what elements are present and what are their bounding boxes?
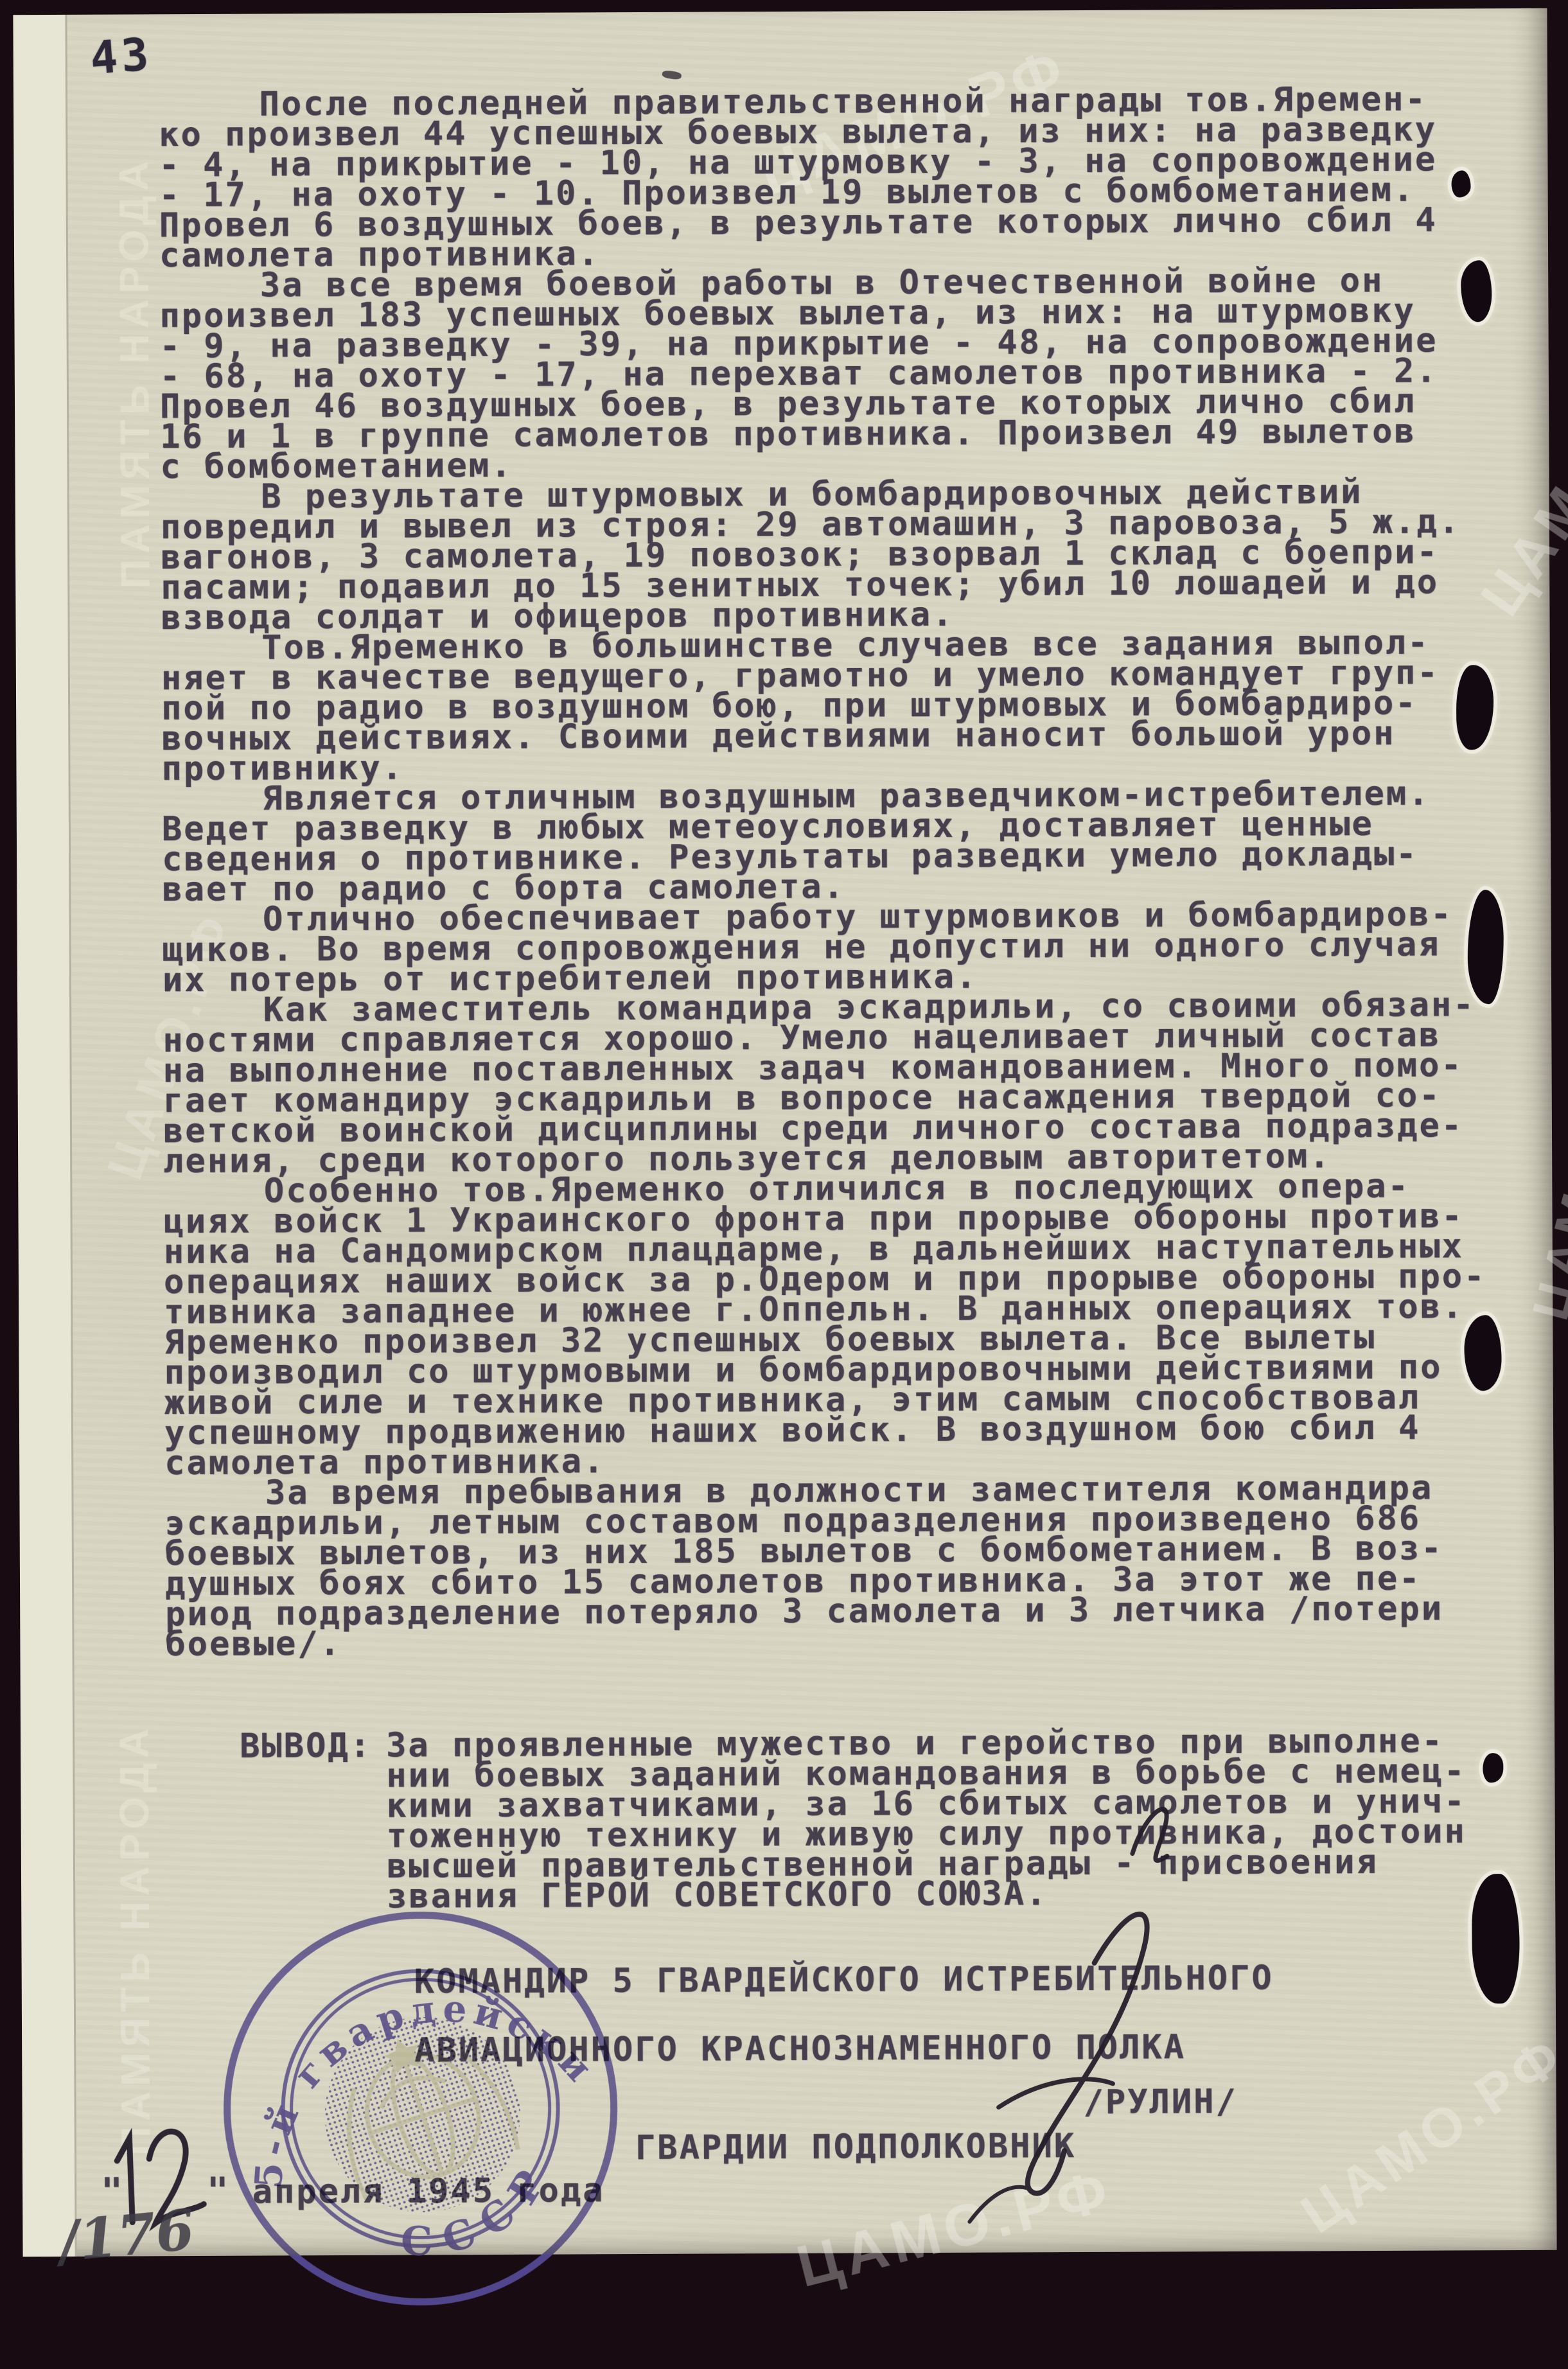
scan-background: 43 ЦАМО.РФ ПАМЯТЬ НАРОДА ЦАМО ПАМЯТЬ НАР… <box>0 0 1568 2294</box>
paragraph: Как заместитель командира эскадрильи, со… <box>163 990 1496 1177</box>
paragraph: Тов.Яременко в большинстве случаев все з… <box>161 628 1495 784</box>
paragraph: За время пребывания в должности заместит… <box>164 1473 1498 1660</box>
fold-strip <box>13 15 76 2257</box>
paragraph: После последней правительственной наград… <box>159 84 1492 271</box>
paragraph: Отлично обеспечивает работу штурмовиков … <box>162 899 1495 996</box>
archive-watermark: ЦАМО <box>1520 1139 1568 1326</box>
paragraph: Особенно тов.Яременко отличился в послед… <box>163 1171 1497 1479</box>
archive-note: /176 <box>56 2197 197 2275</box>
handwritten-signature <box>806 1771 1296 2287</box>
torn-hole <box>1467 890 1504 1004</box>
conclusion-label: ВЫВОД: <box>240 1731 372 1762</box>
torn-hole <box>1472 1874 1520 2004</box>
paragraph: За все время боевой работы в Отечественн… <box>159 265 1493 482</box>
ink-speck <box>662 70 682 80</box>
torn-hole <box>1451 170 1470 197</box>
archive-watermark: ПАМЯТЬ НАРОДА <box>110 1723 160 2156</box>
archive-watermark: ПАМЯТЬ НАРОДА <box>110 156 159 589</box>
typed-line: риод подразделение потеряло 3 самолета и… <box>165 1594 1498 1630</box>
paragraph: В результате штурмовых и бомбардировочны… <box>161 477 1494 633</box>
paragraph: Является отличным воздушным разведчиком-… <box>162 779 1495 905</box>
torn-hole <box>1483 1753 1503 1783</box>
page-number: 43 <box>89 28 154 85</box>
document-page: 43 ЦАМО.РФ ПАМЯТЬ НАРОДА ЦАМО ПАМЯТЬ НАР… <box>13 8 1556 2257</box>
torn-hole <box>1464 1315 1502 1391</box>
paragraphs: После последней правительственной наград… <box>159 84 1499 1660</box>
